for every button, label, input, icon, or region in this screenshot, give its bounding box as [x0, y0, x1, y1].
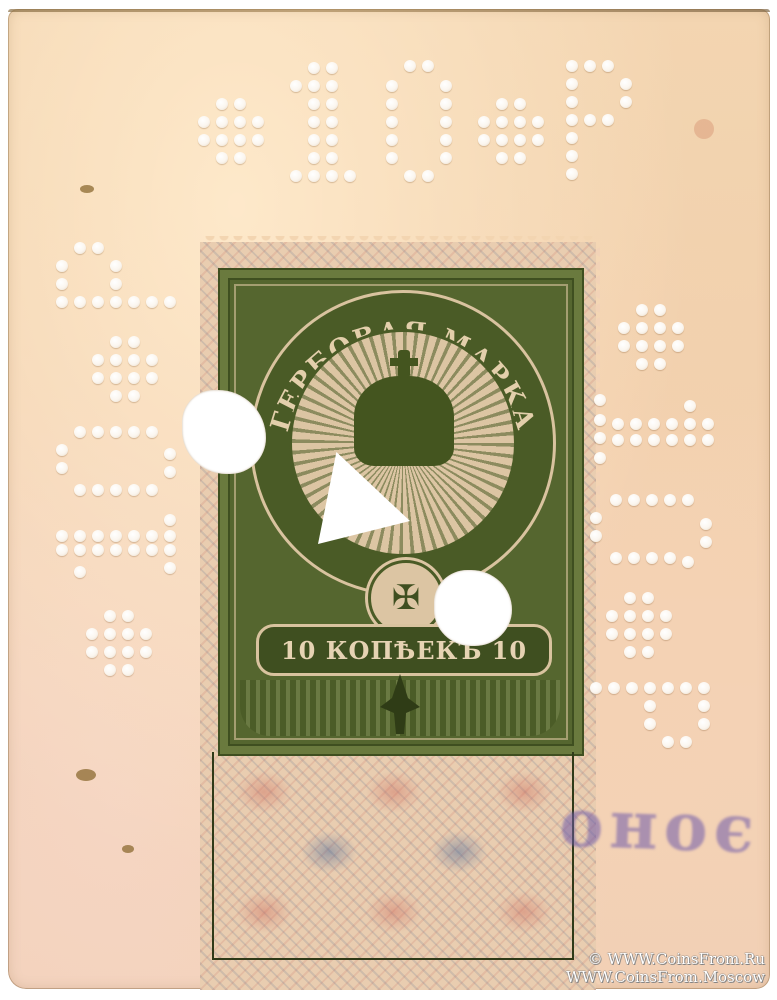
stamp-perforation-top: [204, 236, 594, 248]
stamp-medallion: ГЕРБОВАЯ МАРКА: [250, 290, 556, 596]
stamp-perforation-right: [588, 246, 600, 986]
stamp-value-label: 10 КОПѢЕКЪ 10: [256, 624, 552, 676]
punch-hole: [434, 570, 512, 646]
stamp-design: ГЕРБОВАЯ МАРКА ✠ 10 КОПѢЕКЪ 10: [218, 268, 584, 756]
watermark-line-1: © WWW.CoinsFrom.Ru: [566, 950, 765, 968]
crown-icon: [354, 376, 454, 466]
watermark: © WWW.CoinsFrom.Ru WWW.CoinsFrom.Moscow: [566, 950, 765, 986]
stain: [122, 845, 134, 853]
stain: [76, 769, 96, 781]
stain: [694, 119, 714, 139]
stain: [80, 185, 94, 193]
watermark-line-2: WWW.CoinsFrom.Moscow: [566, 968, 765, 986]
